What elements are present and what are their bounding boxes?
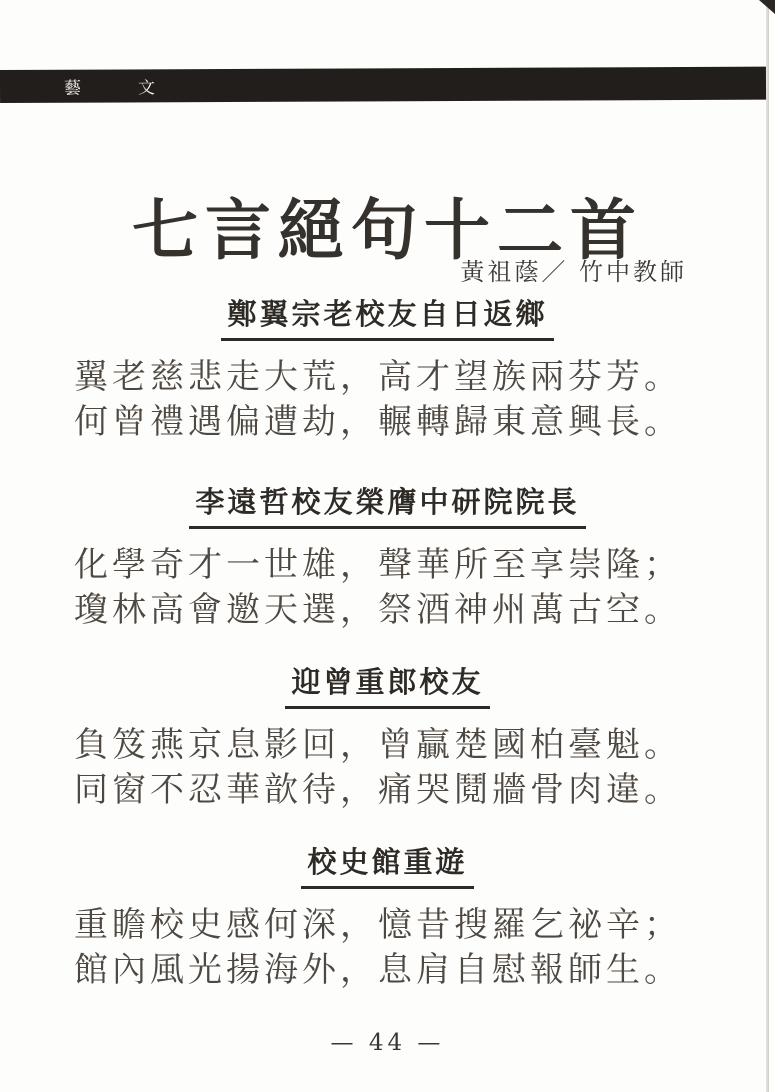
poem-verse-line: 同窗不忍華歆待，痛哭鬩牆骨肉違。 xyxy=(0,768,775,812)
section-header-band: 藝文 xyxy=(0,67,766,103)
author-byline: 黃祖蔭／ 竹中教師 xyxy=(0,252,687,287)
poem-title-row: 迎曾重郎校友 xyxy=(0,660,775,709)
poem-section-3: 迎曾重郎校友 負笈燕京息影回，曾贏楚國柏臺魁。 同窗不忍華歆待，痛哭鬩牆骨肉違。 xyxy=(0,660,775,812)
poem-title-row: 鄭翼宗老校友自日返鄉 xyxy=(0,292,775,341)
poem-title: 迎曾重郎校友 xyxy=(285,660,489,709)
poem-title: 李遠哲校友榮膺中研院院長 xyxy=(189,480,585,529)
poem-verse-line: 何曾禮遇偏遭劫，輾轉歸東意興長。 xyxy=(0,400,775,444)
poem-verse-line: 化學奇才一世雄，聲華所至享崇隆； xyxy=(0,543,775,587)
poem-title: 鄭翼宗老校友自日返鄉 xyxy=(221,292,553,341)
poem-title: 校史館重遊 xyxy=(301,840,473,889)
scan-corner-mark xyxy=(759,0,775,14)
poem-section-2: 李遠哲校友榮膺中研院院長 化學奇才一世雄，聲華所至享崇隆； 瓊林高會邀天選，祭酒… xyxy=(0,480,775,632)
poem-title-row: 李遠哲校友榮膺中研院院長 xyxy=(0,480,775,529)
poem-section-1: 鄭翼宗老校友自日返鄉 翼老慈悲走大荒，高才望族兩芬芳。 何曾禮遇偏遭劫，輾轉歸東… xyxy=(0,292,775,444)
poem-title-row: 校史館重遊 xyxy=(0,840,775,889)
poem-verse-line: 重瞻校史感何深，憶昔搜羅乞祕辛； xyxy=(0,903,775,947)
poem-verse-line: 館內風光揚海外，息肩自慰報師生。 xyxy=(0,948,775,992)
section-header-label: 藝文 xyxy=(0,73,212,99)
poem-section-4: 校史館重遊 重瞻校史感何深，憶昔搜羅乞祕辛； 館內風光揚海外，息肩自慰報師生。 xyxy=(0,840,775,992)
poem-verse-line: 負笈燕京息影回，曾贏楚國柏臺魁。 xyxy=(0,723,775,767)
page-number: — 44 — xyxy=(0,1030,775,1056)
poem-verse-line: 瓊林高會邀天選，祭酒神州萬古空。 xyxy=(0,588,775,632)
poem-verse-line: 翼老慈悲走大荒，高才望族兩芬芳。 xyxy=(0,355,775,399)
